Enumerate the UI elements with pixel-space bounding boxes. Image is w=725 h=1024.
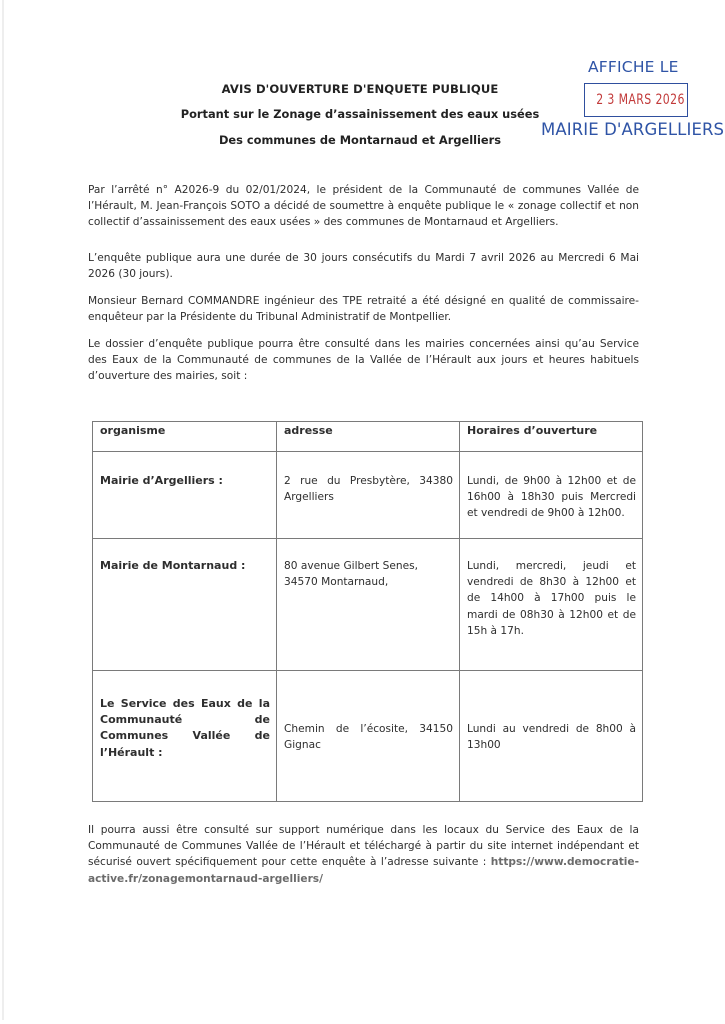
organisme-name: Mairie d’Argelliers : xyxy=(100,452,270,489)
cell-horaires: Lundi, de 9h00 à 12h00 et de 16h00 à 18h… xyxy=(460,452,643,539)
notice-title: AVIS D'OUVERTURE D'ENQUETE PUBLIQUE xyxy=(120,82,600,96)
column-header-horaires: Horaires d’ouverture xyxy=(460,422,643,452)
table-header-row: organisme adresse Horaires d’ouverture xyxy=(93,422,643,452)
address-text: 2 rue du Presbytère, 34380 Argelliers xyxy=(284,452,453,505)
address-text: Chemin de l’écosite, 34150 Gignac xyxy=(284,671,453,753)
table-row: Mairie de Montarnaud : 80 avenue Gilbert… xyxy=(93,539,643,671)
column-header-organisme: organisme xyxy=(93,422,277,452)
cell-horaires: Lundi au vendredi de 8h00 à 13h00 xyxy=(460,671,643,802)
cell-organisme: Mairie de Montarnaud : xyxy=(93,539,277,671)
cell-horaires: Lundi, mercredi, jeudi et vendredi de 8h… xyxy=(460,539,643,671)
cell-adresse: 2 rue du Presbytère, 34380 Argelliers xyxy=(277,452,460,539)
stamp-date: 2 3 MARS 2026 xyxy=(596,92,676,108)
paragraph-commissioner: Monsieur Bernard COMMANDRE ingénieur des… xyxy=(88,293,639,325)
notice-communes: Des communes de Montarnaud et Argelliers xyxy=(120,133,600,147)
organisme-name: Mairie de Montarnaud : xyxy=(100,539,270,574)
paragraph-digital-access: Il pourra aussi être consulté sur suppor… xyxy=(88,822,639,887)
cell-adresse: 80 avenue Gilbert Senes, 34570 Montarnau… xyxy=(277,539,460,671)
column-header-adresse: adresse xyxy=(277,422,460,452)
stamp-date-box: 2 3 MARS 2026 xyxy=(584,83,688,117)
paragraph-duration: L’enquête publique aura une durée de 30 … xyxy=(88,250,639,282)
organisme-name: Le Service des Eaux de la Communauté de … xyxy=(100,671,270,761)
cell-organisme: Mairie d’Argelliers : xyxy=(93,452,277,539)
paragraph-consultation: Le dossier d’enquête publique pourra êtr… xyxy=(88,336,639,385)
table-row: Le Service des Eaux de la Communauté de … xyxy=(93,671,643,802)
cell-adresse: Chemin de l’écosite, 34150 Gignac xyxy=(277,671,460,802)
opening-hours-table: organisme adresse Horaires d’ouverture M… xyxy=(92,421,643,802)
hours-text: Lundi au vendredi de 8h00 à 13h00 xyxy=(467,671,636,753)
address-text: 80 avenue Gilbert Senes, 34570 Montarnau… xyxy=(284,539,453,590)
paragraph-arrete: Par l’arrêté n° A2026-9 du 02/01/2024, l… xyxy=(88,182,639,231)
notice-subtitle: Portant sur le Zonage d’assainissement d… xyxy=(120,107,600,121)
hours-text: Lundi, mercredi, jeudi et vendredi de 8h… xyxy=(467,539,636,639)
stamp-posted-label: AFFICHE LE xyxy=(588,58,679,76)
scan-edge xyxy=(2,0,4,1020)
stamp-mairie-label: MAIRIE D'ARGELLIERS xyxy=(541,120,724,139)
table-row: Mairie d’Argelliers : 2 rue du Presbytèr… xyxy=(93,452,643,539)
cell-organisme: Le Service des Eaux de la Communauté de … xyxy=(93,671,277,802)
hours-text: Lundi, de 9h00 à 12h00 et de 16h00 à 18h… xyxy=(467,452,636,522)
